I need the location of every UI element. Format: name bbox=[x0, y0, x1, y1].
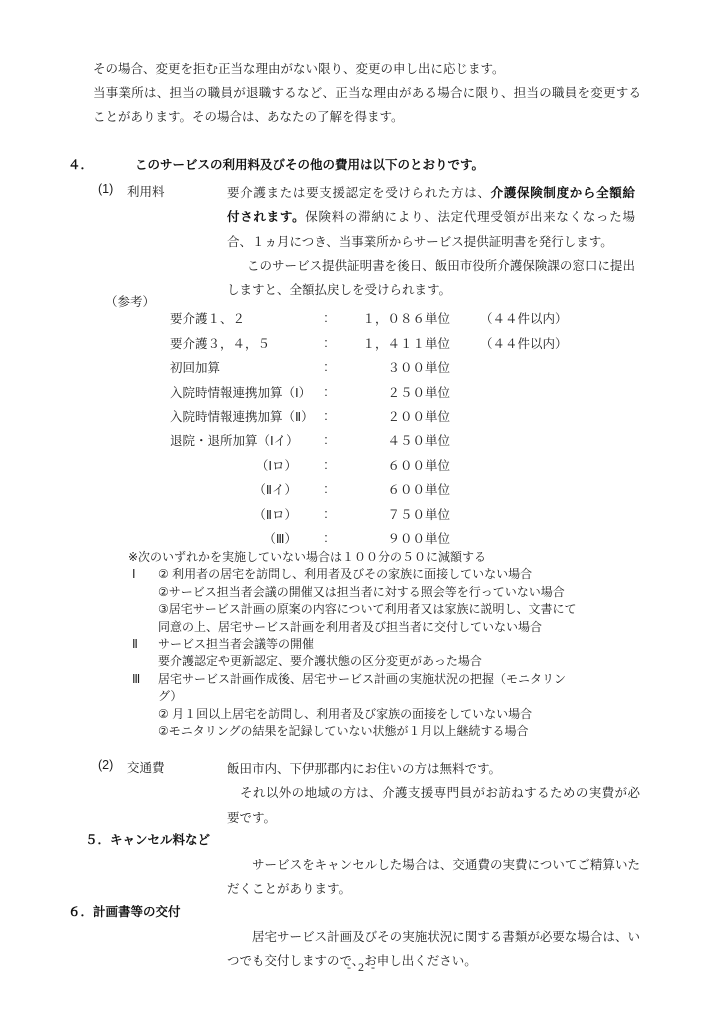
fee-colon: : bbox=[322, 311, 330, 325]
section5-paragraph: サービスをキャンセルした場合は、交通費の実費についてご精算いた だくことがありま… bbox=[227, 853, 640, 902]
discount-note-heading: ※次のいずれかを実施していない場合は１００分の５０に減額する bbox=[128, 549, 598, 566]
roman-numeral: Ⅲ bbox=[128, 671, 158, 741]
fee-value: ９００単位 bbox=[330, 529, 450, 547]
item2-paragraph: 飯田市内、下伊那郡内にお住いの方は無料です。 それ以外の地域の方は、介護支援専門… bbox=[227, 757, 640, 830]
fee-row: 入院時情報連携加算（Ⅰ）:２５０単位 bbox=[170, 379, 640, 403]
section4-number: ４． bbox=[68, 155, 135, 173]
fee-label: （Ⅱイ） bbox=[170, 480, 322, 498]
fee-value: ７５０単位 bbox=[330, 505, 450, 523]
section5-line: だくことがあります。 bbox=[227, 877, 640, 901]
discount-note-item: Ⅰ ② 利用者の居宅を訪問し、利用者及びその家族に面接していない場合 ②サービス… bbox=[128, 566, 598, 636]
discount-note: ※次のいずれかを実施していない場合は１００分の５０に減額する Ⅰ ② 利用者の居… bbox=[128, 549, 598, 740]
note-line: 同意の上、居宅サービス計画を利用者及び担当者に交付していない場合 bbox=[158, 619, 598, 636]
section6-heading: ６．計画書等の交付 bbox=[68, 902, 181, 920]
fee-value: ４５０単位 bbox=[330, 431, 450, 449]
note-line: ② 利用者の居宅を訪問し、利用者及びその家族に面接していない場合 bbox=[158, 566, 598, 583]
bold-phrase: 介護保険制度から全額給 bbox=[491, 186, 635, 200]
intro-line: ことがあります。その場合は、あなたの了解を得ます。 bbox=[93, 105, 641, 129]
fee-value: １，０８６単位 bbox=[330, 309, 450, 327]
note-line: ②モニタリングの結果を記録していない状態が１月以上継続する場合 bbox=[158, 723, 598, 740]
item1-line: 合、１ヵ月につき、当事業所からサービス提供証明書を発行します。 bbox=[227, 230, 635, 254]
fee-label: （Ⅱロ） bbox=[170, 505, 322, 523]
section4-heading: ４． このサービスの利用料及びその他の費用は以下のとおりです。 bbox=[68, 155, 484, 173]
item1-number: (1) bbox=[98, 182, 127, 200]
fee-label: （Ⅰロ） bbox=[170, 456, 322, 474]
fee-value: ６００単位 bbox=[330, 456, 450, 474]
item1-line: 付されます。保険料の滞納により、法定代理受領が出来なくなった場 bbox=[227, 205, 635, 229]
fee-value: ６００単位 bbox=[330, 480, 450, 498]
fee-value: ２５０単位 bbox=[330, 383, 450, 401]
item1-paragraph: 要介護または要支援認定を受けられた方は、介護保険制度から全額給 付されます。保険… bbox=[227, 181, 635, 302]
intro-line: その場合、変更を拒む正当な理由がない限り、変更の申し出に応じます。 bbox=[93, 57, 641, 81]
discount-note-lines: ② 利用者の居宅を訪問し、利用者及びその家族に面接していない場合 ②サービス担当… bbox=[158, 566, 598, 636]
discount-note-lines: サービス担当者会議等の開催 要介護認定や更新認定、要介護状態の区分変更があった場… bbox=[158, 636, 598, 671]
fee-row: 要介護３，４，５:１，４１１単位（４４件以内） bbox=[170, 330, 640, 354]
fee-colon: : bbox=[322, 433, 330, 447]
fee-colon: : bbox=[322, 336, 330, 350]
item2-line: それ以外の地域の方は、介護支援専門員がお訪ねするための実費が必 bbox=[227, 781, 640, 805]
fee-value: ３００単位 bbox=[330, 358, 450, 376]
fee-label: （Ⅲ） bbox=[170, 529, 322, 547]
reference-label: （参考） bbox=[105, 292, 155, 310]
intro-line: 当事業所は、担当の職員が退職するなど、正当な理由がある場合に限り、担当の職員を変… bbox=[93, 81, 641, 105]
discount-note-lines: 居宅サービス計画作成後、居宅サービス計画の実施状況の把握（モニタリン グ） ② … bbox=[158, 671, 598, 741]
fee-label: 入院時情報連携加算（Ⅱ） bbox=[170, 407, 322, 425]
fee-colon: : bbox=[322, 409, 330, 423]
fee-row: 要介護１、２:１，０８６単位（４４件以内） bbox=[170, 306, 640, 330]
discount-note-item: Ⅲ 居宅サービス計画作成後、居宅サービス計画の実施状況の把握（モニタリン グ） … bbox=[128, 671, 598, 741]
fee-row: （Ⅲ）:９００単位 bbox=[170, 526, 640, 550]
item2-line: 飯田市内、下伊那郡内にお住いの方は無料です。 bbox=[227, 757, 640, 781]
intro-paragraph: その場合、変更を拒む正当な理由がない限り、変更の申し出に応じます。 当事業所は、… bbox=[93, 57, 641, 129]
fee-label: 要介護１、２ bbox=[170, 309, 322, 327]
item2-number: (2) bbox=[98, 758, 127, 776]
fee-note: （４４件以内） bbox=[480, 334, 568, 352]
note-line: サービス担当者会議等の開催 bbox=[158, 636, 598, 653]
item1-name: 利用料 bbox=[127, 182, 165, 200]
item1-label: (1) 利用料 bbox=[98, 182, 165, 200]
fee-label: 要介護３，４，５ bbox=[170, 334, 322, 352]
discount-note-item: Ⅱ サービス担当者会議等の開催 要介護認定や更新認定、要介護状態の区分変更があっ… bbox=[128, 636, 598, 671]
fee-colon: : bbox=[322, 531, 330, 545]
fee-row: （Ⅱロ）:７５０単位 bbox=[170, 502, 640, 526]
item2-line: 要です。 bbox=[227, 806, 640, 830]
note-line: ③居宅サービス計画の原案の内容について利用者又は家族に説明し、文書にて bbox=[158, 601, 598, 618]
fee-colon: : bbox=[322, 360, 330, 374]
item1-line: 要介護または要支援認定を受けられた方は、介護保険制度から全額給 bbox=[227, 181, 635, 205]
note-line: ② 月１回以上居宅を訪問し、利用者及び家族の面接をしていない場合 bbox=[158, 706, 598, 723]
section6-line: 居宅サービス計画及びその実施状況に関する書類が必要な場合は、い bbox=[227, 925, 640, 949]
item2-label: (2) 交通費 bbox=[98, 758, 165, 776]
item1-line: このサービス提供証明書を後日、飯田市役所介護保険課の窓口に提出 bbox=[227, 254, 635, 278]
fee-row: 退院・退所加算（Ⅰイ）:４５０単位 bbox=[170, 428, 640, 452]
roman-numeral: Ⅱ bbox=[128, 636, 158, 671]
fee-row: （Ⅱイ）:６００単位 bbox=[170, 477, 640, 501]
note-line: 要介護認定や更新認定、要介護状態の区分変更があった場合 bbox=[158, 653, 598, 670]
fee-value: ２００単位 bbox=[330, 407, 450, 425]
fee-reference-table: 要介護１、２:１，０８６単位（４４件以内） 要介護３，４，５:１，４１１単位（４… bbox=[170, 306, 640, 550]
roman-numeral: Ⅰ bbox=[128, 566, 158, 636]
fee-label: 入院時情報連携加算（Ⅰ） bbox=[170, 383, 322, 401]
fee-value: １，４１１単位 bbox=[330, 334, 450, 352]
item1-line: しますと、全額払戻しを受けられます。 bbox=[227, 278, 635, 302]
section4-title: このサービスの利用料及びその他の費用は以下のとおりです。 bbox=[135, 155, 484, 173]
fee-colon: : bbox=[322, 507, 330, 521]
fee-row: 初回加算:３００単位 bbox=[170, 355, 640, 379]
section5-line: サービスをキャンセルした場合は、交通費の実費についてご精算いた bbox=[227, 853, 640, 877]
fee-colon: : bbox=[322, 385, 330, 399]
fee-row: 入院時情報連携加算（Ⅱ）:２００単位 bbox=[170, 404, 640, 428]
note-line: ②サービス担当者会議の開催又は担当者に対する照会等を行っていない場合 bbox=[158, 584, 598, 601]
fee-row: （Ⅰロ）:６００単位 bbox=[170, 453, 640, 477]
note-line: 居宅サービス計画作成後、居宅サービス計画の実施状況の把握（モニタリン bbox=[158, 671, 598, 688]
item2-name: 交通費 bbox=[127, 758, 165, 776]
fee-label: 退院・退所加算（Ⅰイ） bbox=[170, 431, 322, 449]
bold-phrase: 付されます。 bbox=[227, 210, 305, 224]
fee-label: 初回加算 bbox=[170, 358, 322, 376]
section5-heading: ５．キャンセル料など bbox=[85, 830, 210, 848]
fee-colon: : bbox=[322, 482, 330, 496]
fee-colon: : bbox=[322, 458, 330, 472]
fee-note: （４４件以内） bbox=[480, 309, 568, 327]
note-line: グ） bbox=[158, 688, 598, 705]
page-number: - 2 - bbox=[0, 960, 724, 975]
